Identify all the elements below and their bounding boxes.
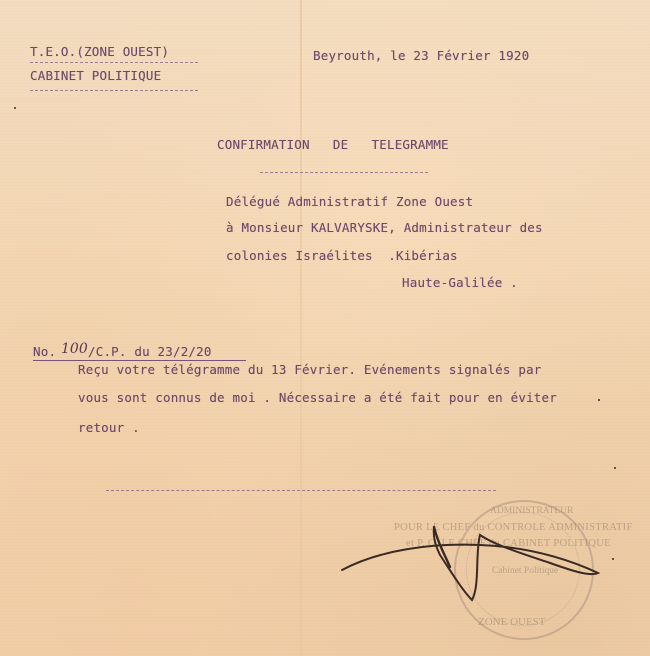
header-divider xyxy=(30,62,198,63)
body-line-3: retour . xyxy=(78,420,140,435)
addressee-line-3: colonies Israélites .Kibérias xyxy=(226,248,458,263)
addressee-line-4: Haute-Galilée . xyxy=(402,275,518,290)
document-title: CONFIRMATION DE TELEGRAMME xyxy=(217,137,449,152)
paper-speck xyxy=(598,399,600,401)
header-divider xyxy=(30,90,198,91)
closing-divider xyxy=(106,490,496,491)
header-org: T.E.O.(ZONE OUEST) xyxy=(30,44,169,59)
reference-suffix: /C.P. du 23/2/20 xyxy=(88,344,212,359)
title-divider xyxy=(260,172,428,173)
body-line-2: vous sont connus de moi . Nécessaire a é… xyxy=(78,390,557,405)
reference-underline xyxy=(33,360,246,361)
reference-prefix: No. xyxy=(33,344,56,359)
addressee-line-1: Délégué Administratif Zone Ouest xyxy=(226,194,473,209)
paper-fold xyxy=(300,0,302,656)
paper-speck xyxy=(14,107,16,109)
paper-speck xyxy=(614,467,616,469)
place-date: Beyrouth, le 23 Février 1920 xyxy=(313,48,529,63)
handwritten-signature xyxy=(330,515,610,625)
header-department: CABINET POLITIQUE xyxy=(30,68,161,83)
paper-speck xyxy=(612,558,614,560)
body-line-1: Reçu votre télégramme du 13 Février. Evé… xyxy=(78,362,542,377)
reference-handwritten-number: 100 xyxy=(61,341,88,357)
addressee-line-2: à Monsieur KALVARYSKE, Administrateur de… xyxy=(226,220,543,235)
document-page: T.E.O.(ZONE OUEST) CABINET POLITIQUE Bey… xyxy=(0,0,650,656)
